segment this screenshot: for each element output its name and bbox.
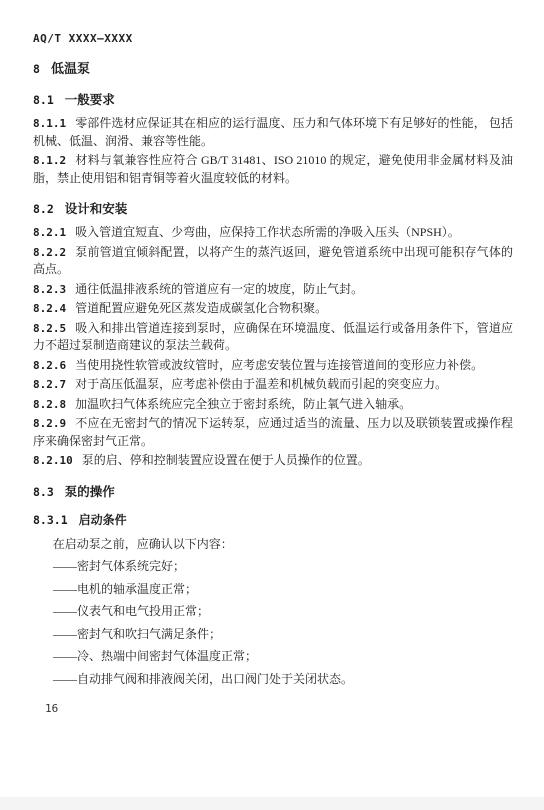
section-heading-8-3: 8.3泵的操作 xyxy=(33,484,513,501)
chapter-heading: 8低温泵 xyxy=(33,60,513,78)
section-title: 一般要求 xyxy=(65,93,115,107)
clause-8-2-6: 8.2.6当使用挠性软管或波纹管时，应考虑安装位置与连接管道间的变形应力补偿。 xyxy=(33,357,513,375)
subsection-title: 启动条件 xyxy=(79,513,127,527)
clause-8-2-3: 8.2.3通往低温排液系统的管道应有一定的坡度，防止气封。 xyxy=(33,281,513,299)
section-heading-8-2: 8.2设计和安装 xyxy=(33,201,513,218)
chapter-number: 8 xyxy=(33,62,40,76)
clause-number: 8.2.1 xyxy=(33,226,66,239)
clause-number: 8.1.2 xyxy=(33,154,66,167)
clause-number: 8.2.7 xyxy=(33,378,66,391)
section-title: 设计和安装 xyxy=(65,202,128,216)
clause-8-2-8: 8.2.8加温吹扫气体系统应完全独立于密封系统，防止氧气进入轴承。 xyxy=(33,396,513,414)
clause-text: 零部件选材应保证其在相应的运行温度、压力和气体环境下有足够好的性能， 包括机械、… xyxy=(33,116,513,148)
clause-number: 8.2.10 xyxy=(33,454,73,467)
clause-text: 吸入和排出管道连接到泵时，应确保在环境温度、低温运行或备用条件下，管道应力不超过… xyxy=(33,321,513,353)
section-title: 泵的操作 xyxy=(65,485,115,499)
clause-number: 8.2.6 xyxy=(33,359,66,372)
clause-8-2-10: 8.2.10泵的启、停和控制装置应设置在便于人员操作的位置。 xyxy=(33,452,513,470)
document-page: AQ/T XXXX—XXXX 8低温泵 8.1一般要求 8.1.1零部件选材应保… xyxy=(0,0,544,797)
clause-number: 8.2.5 xyxy=(33,322,66,335)
clause-8-2-9: 8.2.9不应在无密封气的情况下运转泵，应通过适当的流量、压力以及联锁装置或操作… xyxy=(33,415,513,450)
clause-number: 8.2.2 xyxy=(33,246,66,259)
clause-text: 材料与氧兼容性应符合 GB/T 31481、ISO 21010 的规定，避免使用… xyxy=(33,153,513,185)
clause-8-2-7: 8.2.7对于高压低温泵，应考虑补偿由于温差和机械负载而引起的突变应力。 xyxy=(33,376,513,394)
clause-text: 管道配置应避免死区蒸发造成碳氢化合物积聚。 xyxy=(75,301,327,315)
clause-number: 8.2.8 xyxy=(33,398,66,411)
clause-text: 加温吹扫气体系统应完全独立于密封系统，防止氧气进入轴承。 xyxy=(75,397,411,411)
chapter-title: 低温泵 xyxy=(51,61,90,76)
page-bottom-edge xyxy=(0,797,544,810)
subsection-number: 8.3.1 xyxy=(33,513,68,527)
clause-text: 吸入管道宜短直、少弯曲，应保持工作状态所需的净吸入压头（NPSH）。 xyxy=(75,225,460,239)
clause-text: 通往低温排液系统的管道应有一定的坡度，防止气封。 xyxy=(75,282,363,296)
clause-number: 8.2.3 xyxy=(33,283,66,296)
clause-text: 不应在无密封气的情况下运转泵，应通过适当的流量、压力以及联锁装置或操作程序来确保… xyxy=(33,416,513,448)
section-number: 8.3 xyxy=(33,485,54,499)
startup-condition-item: ——电机的轴承温度正常； xyxy=(33,581,513,599)
startup-condition-item: ——仪表气和电气投用正常； xyxy=(33,603,513,621)
clause-8-1-2: 8.1.2材料与氧兼容性应符合 GB/T 31481、ISO 21010 的规定… xyxy=(33,152,513,187)
page-number: 16 xyxy=(45,702,513,715)
screenshot-canvas: AQ/T XXXX—XXXX 8低温泵 8.1一般要求 8.1.1零部件选材应保… xyxy=(0,0,544,810)
section-number: 8.2 xyxy=(33,202,54,216)
startup-conditions-intro: 在启动泵之前，应确认以下内容： xyxy=(33,536,513,554)
clause-8-2-4: 8.2.4管道配置应避免死区蒸发造成碳氢化合物积聚。 xyxy=(33,300,513,318)
section-heading-8-1: 8.1一般要求 xyxy=(33,92,513,109)
startup-condition-item: ——密封气体系统完好； xyxy=(33,558,513,576)
clause-number: 8.2.9 xyxy=(33,417,66,430)
startup-condition-item: ——自动排气阀和排液阀关闭，出口阀门处于关闭状态。 xyxy=(33,671,513,689)
subsection-heading-8-3-1: 8.3.1启动条件 xyxy=(33,512,513,529)
doc-code-header: AQ/T XXXX—XXXX xyxy=(33,32,513,45)
clause-8-1-1: 8.1.1零部件选材应保证其在相应的运行温度、压力和气体环境下有足够好的性能， … xyxy=(33,115,513,150)
clause-text: 对于高压低温泵，应考虑补偿由于温差和机械负载而引起的突变应力。 xyxy=(75,377,447,391)
startup-condition-item: ——密封气和吹扫气满足条件； xyxy=(33,626,513,644)
clause-number: 8.2.4 xyxy=(33,302,66,315)
clause-text: 泵前管道宜倾斜配置，以将产生的蒸汽返回，避免管道系统中出现可能积存气体的高点。 xyxy=(33,245,513,277)
clause-8-2-2: 8.2.2泵前管道宜倾斜配置，以将产生的蒸汽返回，避免管道系统中出现可能积存气体… xyxy=(33,244,513,279)
clause-number: 8.1.1 xyxy=(33,117,66,130)
clause-text: 泵的启、停和控制装置应设置在便于人员操作的位置。 xyxy=(82,453,370,467)
clause-8-2-5: 8.2.5吸入和排出管道连接到泵时，应确保在环境温度、低温运行或备用条件下，管道… xyxy=(33,320,513,355)
clause-8-2-1: 8.2.1吸入管道宜短直、少弯曲，应保持工作状态所需的净吸入压头（NPSH）。 xyxy=(33,224,513,242)
startup-condition-item: ——冷、热端中间密封气体温度正常； xyxy=(33,648,513,666)
clause-text: 当使用挠性软管或波纹管时，应考虑安装位置与连接管道间的变形应力补偿。 xyxy=(75,358,483,372)
section-number: 8.1 xyxy=(33,93,54,107)
